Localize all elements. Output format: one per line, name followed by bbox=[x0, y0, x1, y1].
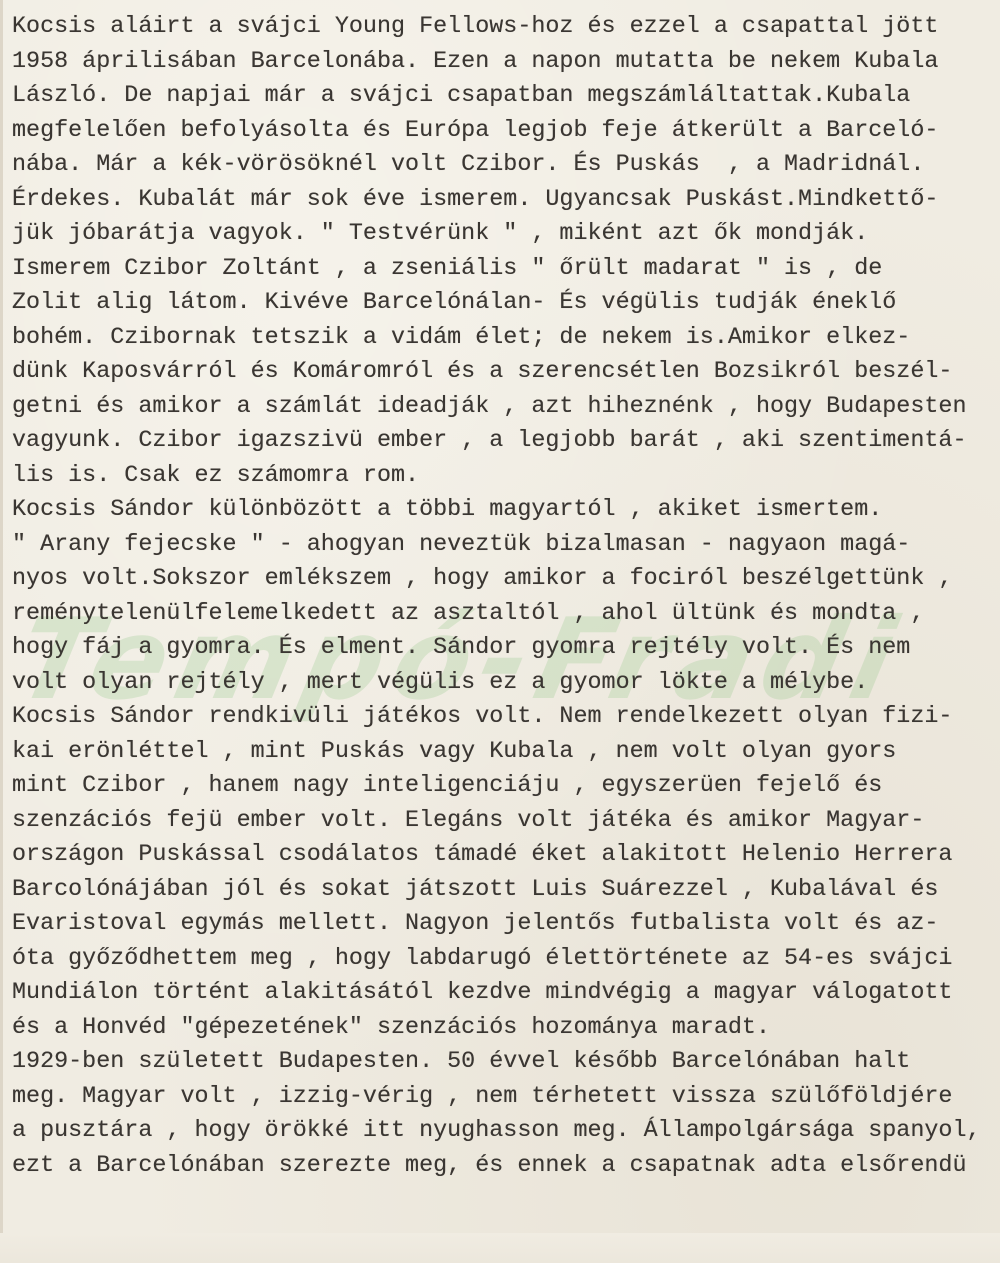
text-line: dünk Kaposvárról és Komáromról és a szer… bbox=[12, 355, 1000, 390]
text-line: Barcolónájában jól és sokat játszott Lui… bbox=[12, 873, 1000, 908]
text-line: hogy fáj a gyomra. És elment. Sándor gyo… bbox=[12, 631, 1000, 666]
text-line: megfelelően befolyásolta és Európa legjo… bbox=[12, 114, 1000, 149]
text-line: nába. Már a kék-vörösöknél volt Czibor. … bbox=[12, 148, 1000, 183]
typewritten-page: Tempó-Fradi Kocsis aláirt a svájci Young… bbox=[0, 0, 1000, 1263]
text-line: óta győződhettem meg , hogy labdarugó él… bbox=[12, 942, 1000, 977]
text-line: meg. Magyar volt , izzig-vérig , nem tér… bbox=[12, 1080, 1000, 1115]
text-line: " Arany fejecske " - ahogyan neveztük bi… bbox=[12, 528, 1000, 563]
text-line: Mundiálon történt alakitásától kezdve mi… bbox=[12, 976, 1000, 1011]
text-line: ezt a Barcelónában szerezte meg, és enne… bbox=[12, 1149, 1000, 1184]
text-line: Kocsis aláirt a svájci Young Fellows-hoz… bbox=[12, 10, 1000, 45]
text-line: jük jóbarátja vagyok. " Testvérünk " , m… bbox=[12, 217, 1000, 252]
text-line: országon Puskással csodálatos támadé éke… bbox=[12, 838, 1000, 873]
text-line: reménytelenülfelemelkedett az asztaltól … bbox=[12, 597, 1000, 632]
paper-bottom-margin bbox=[0, 1233, 1000, 1263]
text-line: volt olyan rejtély , mert végülis ez a g… bbox=[12, 666, 1000, 701]
text-line: kai erönléttel , mint Puskás vagy Kubala… bbox=[12, 735, 1000, 770]
text-line: vagyunk. Czibor igazszivü ember , a legj… bbox=[12, 424, 1000, 459]
text-line: Kocsis Sándor különbözött a többi magyar… bbox=[12, 493, 1000, 528]
text-line: bohém. Czibornak tetszik a vidám élet; d… bbox=[12, 321, 1000, 356]
text-line: 1958 áprilisában Barcelonába. Ezen a nap… bbox=[12, 45, 1000, 80]
text-line: László. De napjai már a svájci csapatban… bbox=[12, 79, 1000, 114]
text-line: Evaristoval egymás mellett. Nagyon jelen… bbox=[12, 907, 1000, 942]
typewritten-text: Kocsis aláirt a svájci Young Fellows-hoz… bbox=[12, 10, 1000, 1183]
text-line: nyos volt.Sokszor emlékszem , hogy amiko… bbox=[12, 562, 1000, 597]
text-line: szenzációs fejü ember volt. Elegáns volt… bbox=[12, 804, 1000, 839]
text-line: Kocsis Sándor rendkivüli játékos volt. N… bbox=[12, 700, 1000, 735]
text-line: a pusztára , hogy örökké itt nyughasson … bbox=[12, 1114, 1000, 1149]
text-line: és a Honvéd "gépezetének" szenzációs hoz… bbox=[12, 1011, 1000, 1046]
text-line: Zolit alig látom. Kivéve Barcelónálan- É… bbox=[12, 286, 1000, 321]
text-line: Ismerem Czibor Zoltánt , a zseniális " ő… bbox=[12, 252, 1000, 287]
text-line: lis is. Csak ez számomra rom. bbox=[12, 459, 1000, 494]
text-line: Érdekes. Kubalát már sok éve ismerem. Ug… bbox=[12, 183, 1000, 218]
text-line: getni és amikor a számlát ideadják , azt… bbox=[12, 390, 1000, 425]
text-line: mint Czibor , hanem nagy inteligenciáju … bbox=[12, 769, 1000, 804]
text-line: 1929-ben született Budapesten. 50 évvel … bbox=[12, 1045, 1000, 1080]
paper-edge bbox=[0, 0, 3, 1263]
